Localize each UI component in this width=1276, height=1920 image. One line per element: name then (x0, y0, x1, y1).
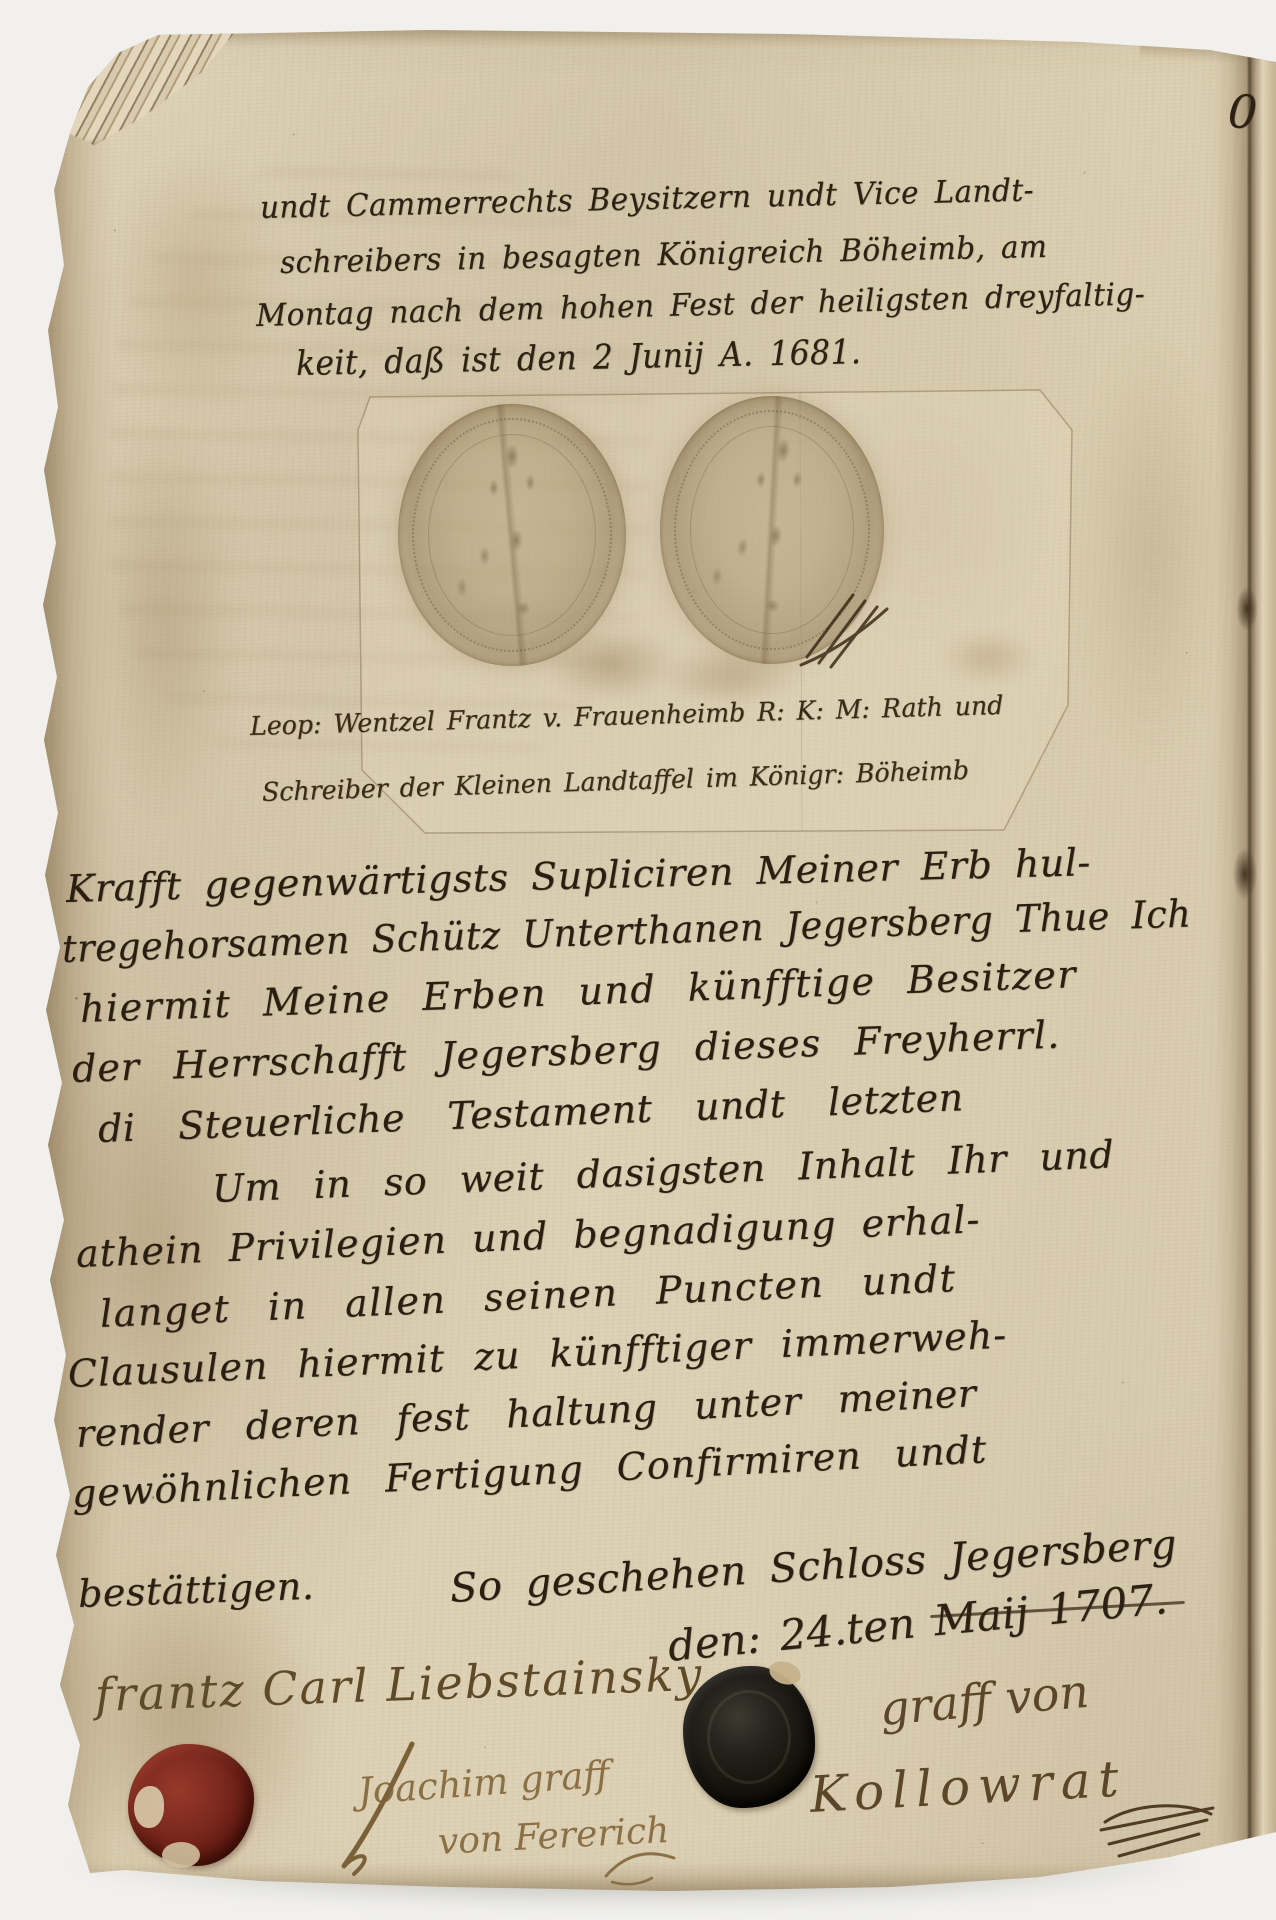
manuscript-page: 0 undt Cammerrechts Beysitzern undt Vice… (0, 0, 1276, 1920)
ink-speckles (0, 0, 1276, 1920)
